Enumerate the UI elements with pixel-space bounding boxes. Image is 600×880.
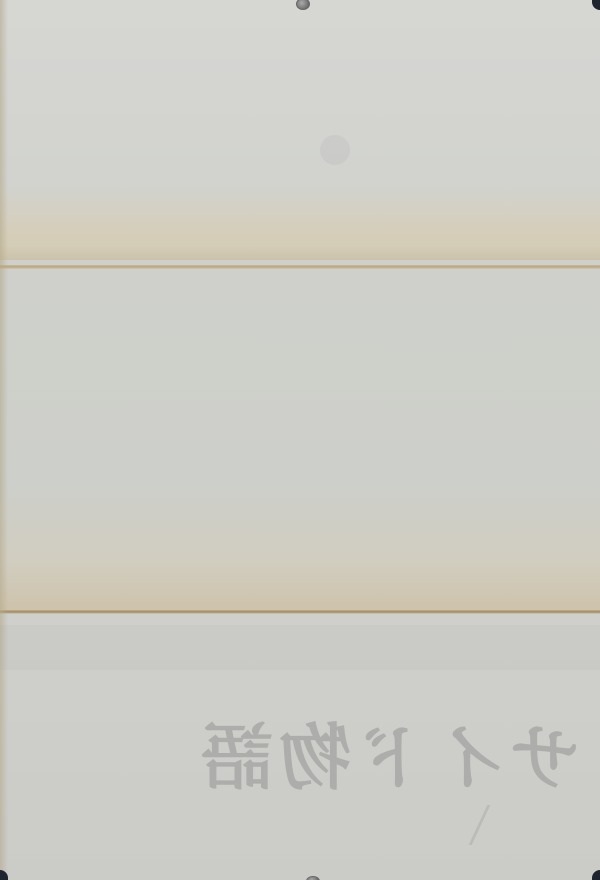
water-stain-middle [0, 560, 600, 610]
fold-crease-lower [0, 610, 600, 614]
fold-crease-upper [0, 265, 600, 269]
show-through-banner [0, 625, 600, 670]
show-through-figure [320, 135, 350, 165]
show-through-slash-mark [469, 805, 531, 845]
paper-edge-left [0, 0, 8, 880]
show-through-title: ウエスト・サイド物語 [195, 700, 600, 804]
pushpin-icon [306, 876, 320, 880]
poster-back: ウエスト・サイド物語 [0, 0, 600, 880]
water-stain-top [0, 190, 600, 260]
